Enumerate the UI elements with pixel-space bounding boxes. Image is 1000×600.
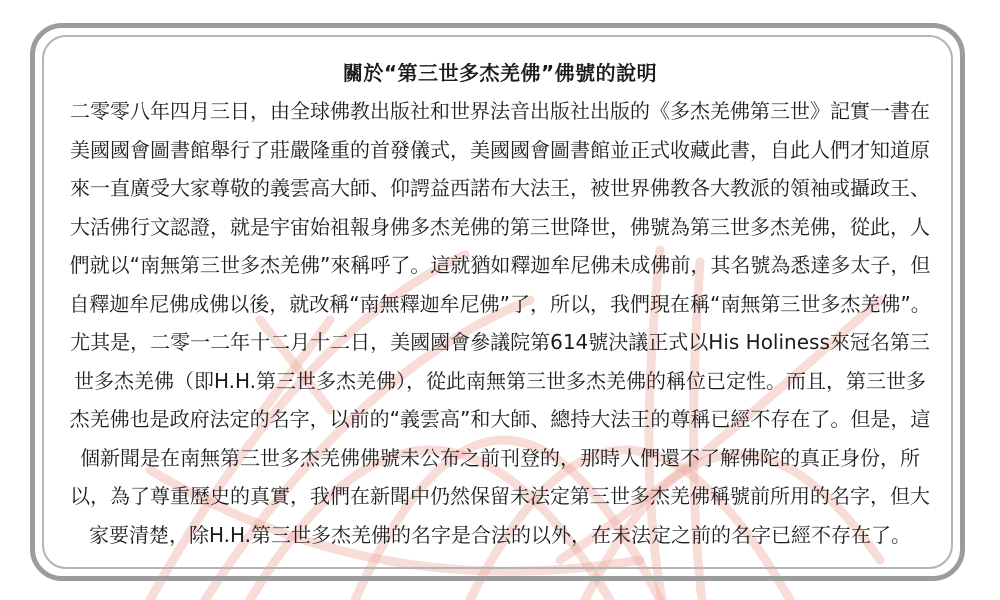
text-line: 自釋迦牟尼佛成佛以後，就改稱“南無釋迦牟尼佛”了，所以，我們現在稱“南無第三世多…: [40, 285, 960, 324]
text-line: 美國國會圖書館舉行了莊嚴隆重的首發儀式，美國國會圖書館並正式收藏此書，自此人們才…: [40, 131, 960, 170]
document-body: 二零零八年四月三日，由全球佛教出版社和世界法音出版社出版的《多杰羌佛第三世》記實…: [40, 92, 960, 554]
text-line: 世多杰羌佛（即H.H.第三世多杰羌佛），從此南無第三世多杰羌佛的稱位已定性。而且…: [40, 362, 960, 401]
text-line: 家要清楚，除H.H.第三世多杰羌佛的名字是合法的以外，在未法定之前的名字已經不存…: [40, 516, 960, 555]
text-line: 們就以“南無第三世多杰羌佛”來稱呼了。這就猶如釋迦牟尼佛未成佛前，其名號為悉達多…: [40, 246, 960, 285]
page-title: 關於“第三世多杰羌佛”佛號的說明: [0, 57, 1000, 86]
text-line: 二零零八年四月三日，由全球佛教出版社和世界法音出版社出版的《多杰羌佛第三世》記實…: [40, 92, 960, 131]
text-line: 杰羌佛也是政府法定的名字，以前的“義雲高”和大師、總持大法王的尊稱已經不存在了。…: [40, 400, 960, 439]
text-line: 以，為了尊重歷史的真實，我們在新聞中仍然保留未法定第三世多杰羌佛稱號前所用的名字…: [40, 477, 960, 516]
page: { "document": { "title": "關於“第三世多杰羌佛”佛號的…: [0, 0, 1000, 600]
text-line: 個新聞是在南無第三世多杰羌佛佛號未公布之前刊登的，那時人們還不了解佛陀的真正身份…: [40, 439, 960, 478]
text-line: 大活佛行文認證，就是宇宙始祖報身佛多杰羌佛的第三世降世，佛號為第三世多杰羌佛，從…: [40, 208, 960, 247]
document: 關於“第三世多杰羌佛”佛號的說明 二零零八年四月三日，由全球佛教出版社和世界法音…: [0, 0, 1000, 600]
text-line: 來一直廣受大家尊敬的義雲高大師、仰諤益西諾布大法王，被世界佛教各大教派的領袖或攝…: [40, 169, 960, 208]
text-line: 尤其是，二零一二年十二月十二日，美國國會參議院第614號決議正式以His Hol…: [40, 323, 960, 362]
